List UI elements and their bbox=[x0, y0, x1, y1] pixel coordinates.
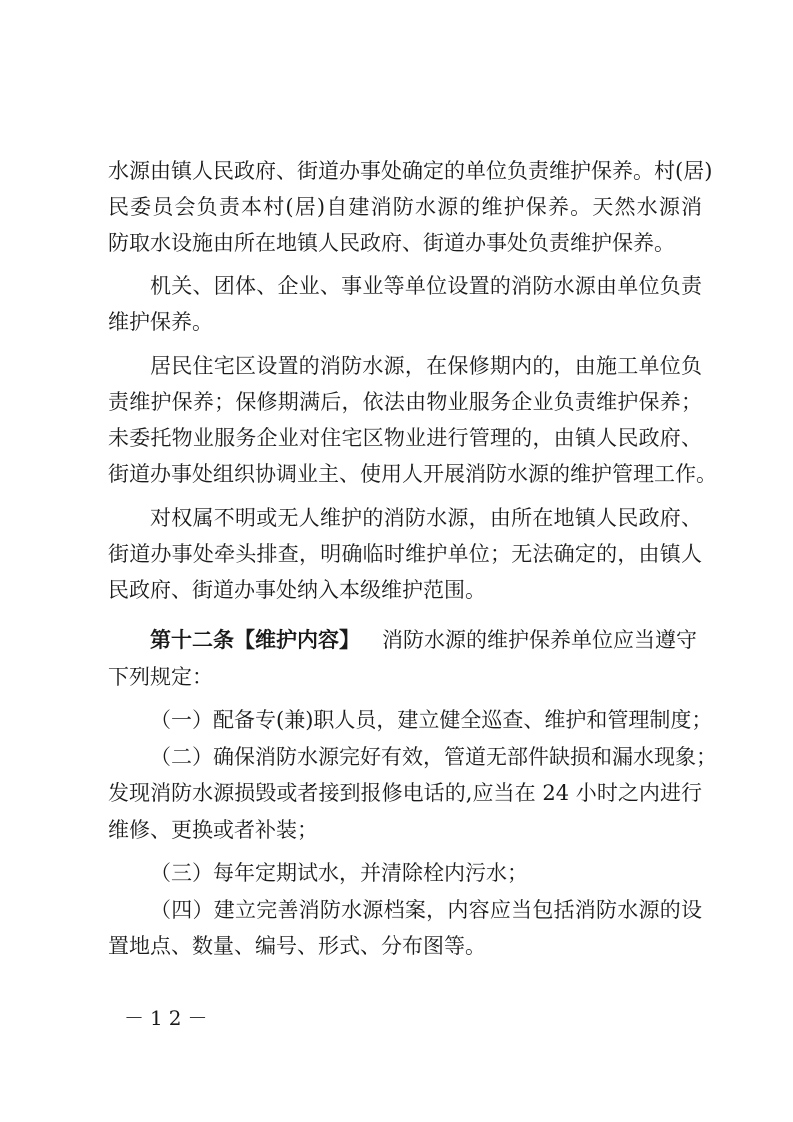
page-number: －12－ bbox=[124, 1002, 213, 1031]
body-line: 维护保养。 bbox=[108, 307, 702, 337]
article-line: 第十二条【维护内容】消防水源的维护保养单位应当遵守 bbox=[108, 625, 702, 655]
paragraph-start-line: 居民住宅区设置的消防水源，在保修期内的，由施工单位负 bbox=[108, 351, 702, 381]
list-item-4: （四）建立完善消防水源档案，内容应当包括消防水源的设 bbox=[108, 895, 702, 925]
paragraph-start-line: 机关、团体、企业、事业等单位设置的消防水源由单位负责 bbox=[108, 271, 702, 301]
body-line: 民政府、街道办事处纳入本级维护范围。 bbox=[108, 575, 702, 605]
list-item-1: （一）配备专(兼)职人员，建立健全巡查、维护和管理制度； bbox=[108, 705, 702, 735]
article-heading: 第十二条【维护内容】 bbox=[150, 628, 360, 652]
body-line: 民委员会负责本村(居)自建消防水源的维护保养。天然水源消 bbox=[108, 192, 702, 222]
list-item-2: （二）确保消防水源完好有效，管道无部件缺损和漏水现象； bbox=[108, 742, 702, 772]
document-page: 水源由镇人民政府、街道办事处确定的单位负责维护保养。村(居) 民委员会负责本村(… bbox=[0, 0, 793, 1122]
body-line: 街道办事处组织协调业主、使用人开展消防水源的维护管理工作。 bbox=[108, 459, 702, 489]
article-text: 消防水源的维护保养单位应当遵守 bbox=[382, 628, 697, 652]
body-line: 置地点、数量、编号、形式、分布图等。 bbox=[108, 931, 702, 961]
list-item-3: （三）每年定期试水，并清除栓内污水； bbox=[108, 858, 702, 888]
body-line: 下列规定： bbox=[108, 662, 702, 692]
body-line: 维修、更换或者补装； bbox=[108, 815, 702, 845]
body-line: 责维护保养；保修期满后，依法由物业服务企业负责维护保养； bbox=[108, 387, 702, 417]
body-line: 发现消防水源损毁或者接到报修电话的,应当在 24 小时之内进行 bbox=[108, 778, 702, 808]
body-line: 街道办事处牵头排查，明确临时维护单位；无法确定的，由镇人 bbox=[108, 539, 702, 569]
body-line: 水源由镇人民政府、街道办事处确定的单位负责维护保养。村(居) bbox=[108, 156, 702, 186]
paragraph-start-line: 对权属不明或无人维护的消防水源，由所在地镇人民政府、 bbox=[108, 503, 702, 533]
body-line: 防取水设施由所在地镇人民政府、街道办事处负责维护保养。 bbox=[108, 228, 702, 258]
body-line: 未委托物业服务企业对住宅区物业进行管理的，由镇人民政府、 bbox=[108, 423, 702, 453]
